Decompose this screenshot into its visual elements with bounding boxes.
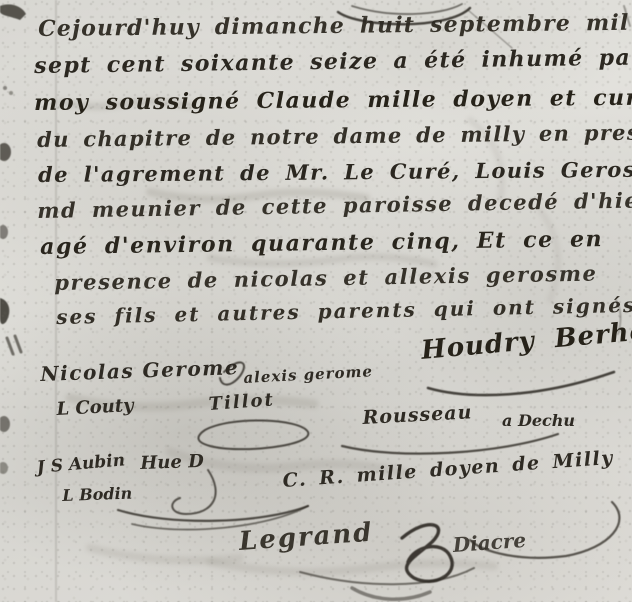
margin-bleed-mark	[0, 416, 10, 432]
margin-bleed-mark	[0, 225, 8, 239]
rousseau-underline-flourish	[342, 434, 558, 454]
signature-nicolas-gerome: Nicolas Gerome	[40, 355, 239, 386]
margin-bleed-mark	[9, 91, 13, 95]
manuscript-line: agé d'environ quarante cinq, Et ce en	[40, 226, 603, 260]
hue-descender-flourish	[172, 470, 215, 514]
margin-bleed-mark	[0, 4, 26, 20]
manuscript-line: presence de nicolas et allexis gerosme	[54, 261, 598, 295]
signature-legrand: Legrand	[238, 518, 374, 557]
manuscript-scan-page: Cejourd'huy dimanche huit septembre mil …	[0, 0, 632, 602]
bleedthrough-stroke	[540, 210, 558, 300]
signature-l-couty: L Couty	[56, 395, 134, 420]
manuscript-line: de l'agrement de Mr. Le Curé, Louis Gero…	[38, 156, 632, 187]
manuscript-line: ses fils et autres parents qui ont signé…	[56, 292, 632, 329]
manuscript-line: Cejourd'huy dimanche huit septembre mil …	[38, 10, 632, 42]
legrand-paraph-flourish	[402, 525, 452, 582]
tillot-oval-flourish	[198, 420, 308, 449]
manuscript-line: du chapitre de notre dame de milly en pr…	[37, 119, 632, 152]
manuscript-line: sept cent soixante seize a été inhumé pa…	[34, 44, 632, 79]
signature-j-s-aubin: J S Aubin	[36, 450, 126, 478]
signature-hue-d: Hue D	[140, 451, 204, 474]
manuscript-line: md meunier de cette paroisse decedé d'hi…	[37, 187, 632, 223]
bleedthrough-stroke	[210, 257, 434, 264]
bleedthrough-stroke	[90, 548, 240, 560]
bottom-next-entry-stroke	[352, 588, 430, 599]
signature-legrand-title: Diacre	[452, 528, 527, 557]
signature-mille-doyen: C. R. mille doyen de Milly	[282, 447, 614, 492]
bleedthrough-stroke	[210, 562, 494, 572]
signature-a-dechu: a Dechu	[502, 411, 575, 430]
manuscript-line: moy soussigné Claude mille doyen et curé	[34, 85, 632, 116]
margin-bleed-mark	[7, 336, 21, 354]
bodin-flourish	[118, 506, 308, 521]
margin-bleed-mark	[0, 462, 8, 474]
margin-bleed-mark	[3, 86, 7, 90]
signature-l-bodin: L Bodin	[62, 484, 133, 505]
margin-bleed-mark	[0, 143, 11, 161]
signature-tillot: Tillot	[208, 389, 276, 415]
signature-alexis-gerome: alexis gerome	[243, 362, 373, 387]
legrand-underline-flourish	[300, 568, 474, 584]
margin-bleed-mark	[0, 298, 9, 324]
berheuy-underline-flourish	[428, 372, 614, 395]
signature-rousseau: Rousseau	[362, 401, 473, 429]
signature-houdry-berheuy: Houdry Berheuy	[420, 313, 632, 366]
